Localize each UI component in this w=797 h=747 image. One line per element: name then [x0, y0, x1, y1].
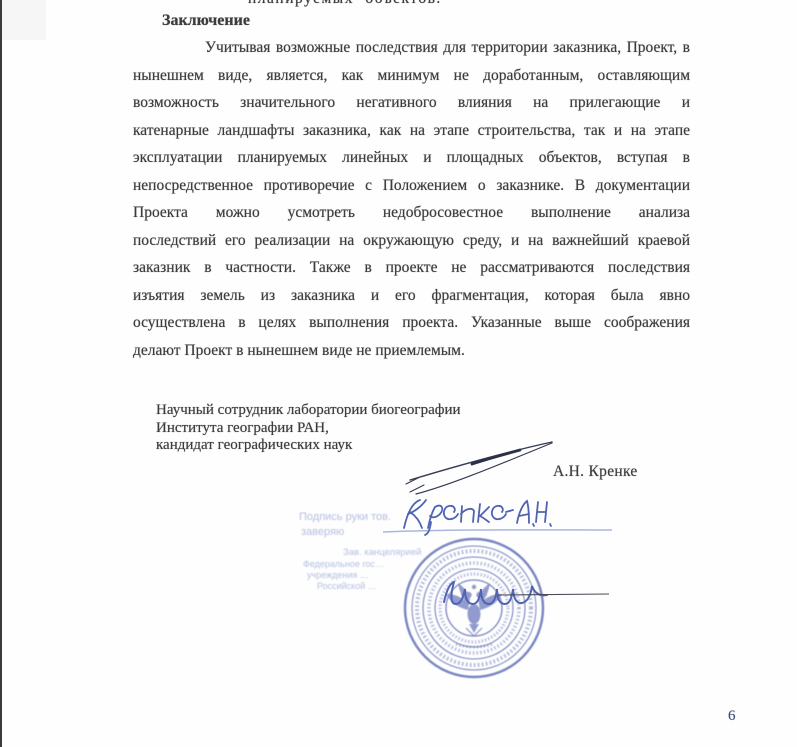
certify-note-line: заверяю — [301, 526, 344, 538]
office-note-line: Федеральное гос… — [303, 559, 384, 569]
certify-note-line: Подпись руки тов. — [299, 511, 391, 523]
page-number: 6 — [728, 708, 736, 725]
paragraph-line: непосредственное противоречие с Положени… — [133, 172, 690, 200]
clipped-text-fragment: планируемых объектов. — [248, 0, 548, 8]
scanned-document-page: планируемых объектов. Заключение Учитыва… — [0, 0, 797, 747]
signatory-title-line: Научный сотрудник лаборатории биогеограф… — [156, 402, 461, 420]
paragraph-line: катенарные ландшафты заказника, как на э… — [133, 117, 690, 145]
section-heading: Заключение — [162, 12, 250, 30]
stamp-underline — [498, 592, 610, 598]
paragraph-line: последствий его реализации на окружающую… — [133, 227, 690, 255]
paragraph-line: нынешнем виде, является, как минимум не … — [133, 62, 690, 90]
scan-edge-line — [0, 0, 2, 747]
scan-corner-artifact — [2, 0, 46, 40]
stamp-signature-loops — [440, 574, 555, 608]
conclusion-paragraph: Учитывая возможные последствия для терри… — [133, 34, 690, 364]
paragraph-line: делают Проект в нынешнем виде не приемле… — [133, 337, 690, 365]
paragraph-line: Учитывая возможные последствия для терри… — [133, 34, 690, 62]
paragraph-line: заказник в частности. Также в проекте не… — [133, 254, 690, 282]
office-note-line: учреждения … — [307, 570, 369, 580]
paragraph-line: Проекта можно усмотреть недобросовестное… — [133, 199, 690, 227]
handwritten-signature-flourish — [402, 434, 562, 496]
paragraph-line: осуществлена в целях выполнения проекта.… — [133, 309, 690, 337]
paragraph-line: изъятия земель из заказника и его фрагме… — [133, 282, 690, 310]
paragraph-line: эксплуатации планируемых линейных и площ… — [133, 144, 690, 172]
office-note-line: Российской … — [317, 581, 377, 591]
paragraph-line: возможность значительного негативного вл… — [133, 89, 690, 117]
clipped-text-line: планируемых объектов. — [248, 0, 548, 9]
signer-name: А.Н. Кренке — [553, 463, 638, 481]
official-stamp — [398, 532, 588, 692]
